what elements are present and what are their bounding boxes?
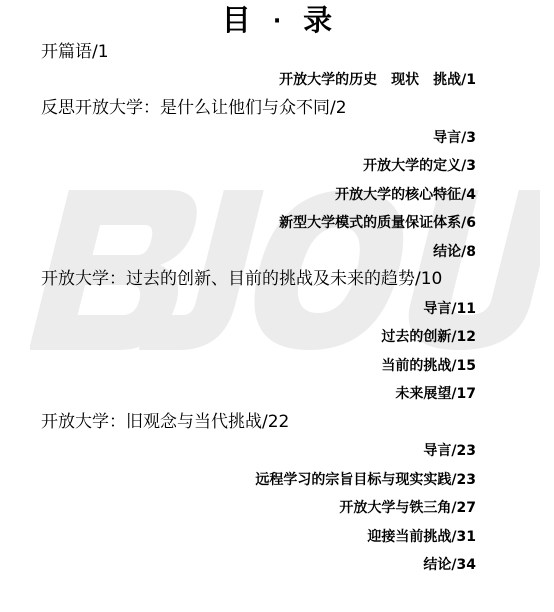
toc-section-entry[interactable]: 过去的创新/12 [381,325,476,349]
toc-section-entry[interactable]: 导言/3 [433,126,476,150]
toc-section-entry[interactable]: 开放大学的历史 现状 挑战/1 [279,68,476,92]
toc-section-entry[interactable]: 新型大学模式的质量保证体系/6 [279,211,476,235]
toc-section-entry[interactable]: 开放大学与铁三角/27 [339,496,476,520]
toc-section-entry[interactable]: 开放大学的核心特征/4 [335,183,476,207]
toc-section-entry[interactable]: 远程学习的宗旨目标与现实实践/23 [255,468,476,492]
title-separator-dot: · [273,4,281,40]
title-char-mu: 目 [222,3,251,37]
toc-chapter-entry[interactable]: 开篇语/1 [41,40,109,64]
toc-section-entry[interactable]: 迎接当前挑战/31 [367,525,476,549]
toc-section-entry[interactable]: 当前的挑战/15 [381,354,476,378]
toc-chapter-entry[interactable]: 开放大学：旧观念与当代挑战/22 [41,410,289,434]
toc-chapter-entry[interactable]: 开放大学：过去的创新、目前的挑战及未来的趋势/10 [41,267,442,291]
toc-section-entry[interactable]: 结论/8 [433,240,476,264]
toc-chapter-entry[interactable]: 反思开放大学：是什么让他们与众不同/2 [41,96,347,120]
toc-section-entry[interactable]: 结论/34 [423,553,476,577]
toc-section-entry[interactable]: 导言/23 [423,439,476,463]
toc-section-entry[interactable]: 开放大学的定义/3 [363,154,476,178]
toc-section-entry[interactable]: 导言/11 [423,297,476,321]
toc-section-entry[interactable]: 未来展望/17 [395,382,476,406]
page-title: 目·录 [0,2,554,40]
title-char-lu: 录 [303,3,332,37]
